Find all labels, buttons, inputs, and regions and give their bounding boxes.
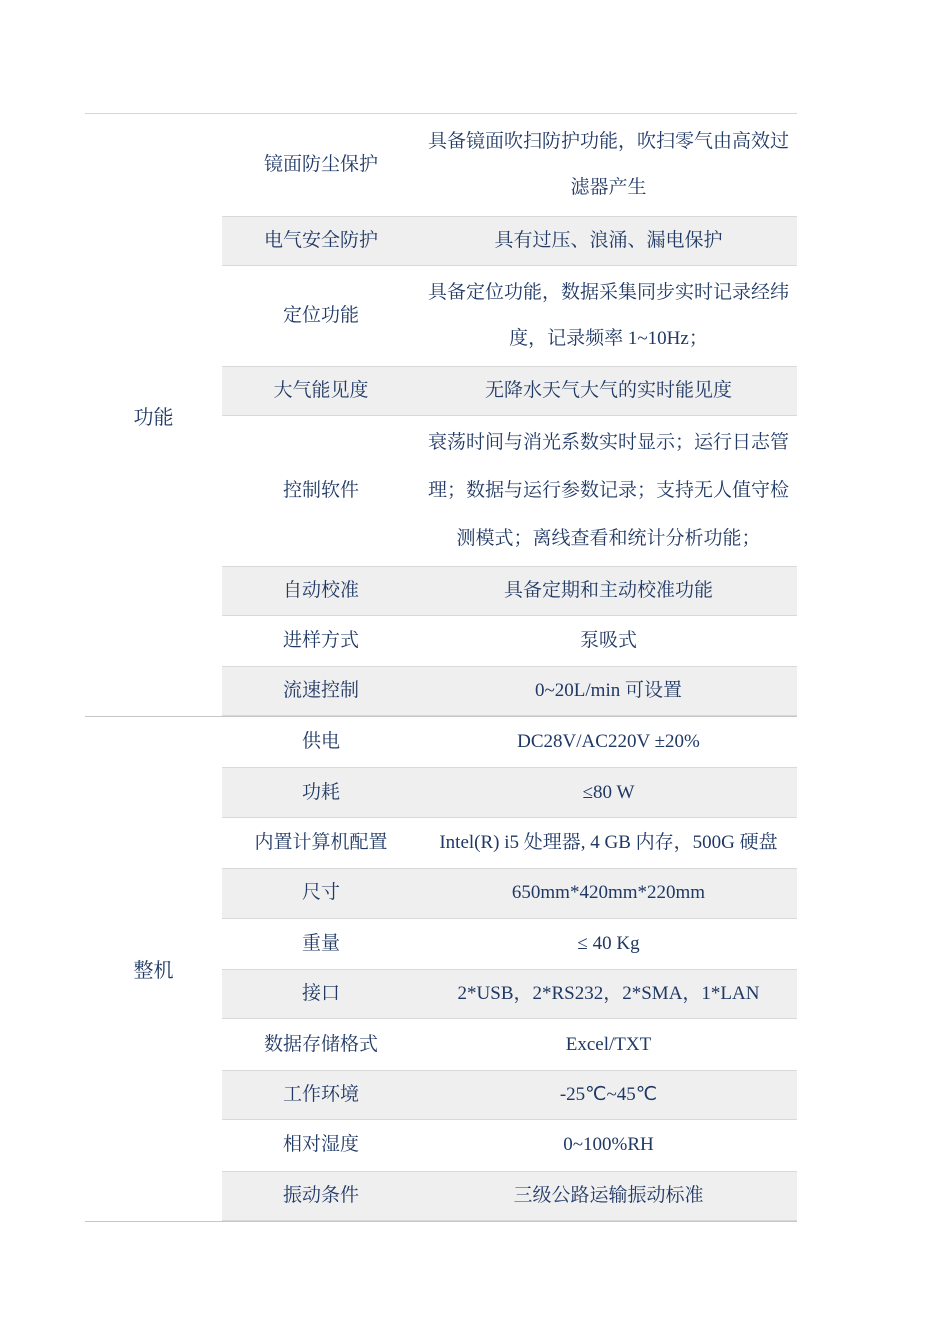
table-row: 功耗 ≤80 W — [222, 767, 797, 817]
param-value: Excel/TXT — [420, 1019, 797, 1069]
table-row: 镜面防尘保护 具备镜面吹扫防护功能，吹扫零气由高效过滤器产生 — [222, 114, 797, 216]
document-page: 功能 镜面防尘保护 具备镜面吹扫防护功能，吹扫零气由高效过滤器产生 电气安全防护… — [0, 0, 945, 1336]
param-value: 三级公路运输振动标准 — [420, 1172, 797, 1220]
param-name: 振动条件 — [222, 1172, 420, 1220]
param-value: -25℃~45℃ — [420, 1071, 797, 1119]
table-row: 相对湿度 0~100%RH — [222, 1120, 797, 1170]
param-name: 大气能见度 — [222, 367, 420, 415]
param-value: ≤ 40 Kg — [420, 919, 797, 969]
param-value: 具有过压、浪涌、漏电保护 — [420, 217, 797, 265]
table-row: 大气能见度 无降水天气大气的实时能见度 — [222, 366, 797, 416]
table-row: 流速控制 0~20L/min 可设置 — [222, 666, 797, 716]
param-value: Intel(R) i5 处理器, 4 GB 内存，500G 硬盘 — [420, 818, 797, 868]
param-value: 泵吸式 — [420, 616, 797, 666]
param-name: 进样方式 — [222, 616, 420, 666]
section-functions: 功能 镜面防尘保护 具备镜面吹扫防护功能，吹扫零气由高效过滤器产生 电气安全防护… — [85, 114, 797, 716]
param-name: 重量 — [222, 919, 420, 969]
param-name: 相对湿度 — [222, 1120, 420, 1170]
param-value: 650mm*420mm*220mm — [420, 869, 797, 917]
section-header-whole-machine: 整机 — [85, 717, 222, 1221]
param-value: ≤80 W — [420, 768, 797, 816]
param-name: 数据存储格式 — [222, 1019, 420, 1069]
table-row: 工作环境 -25℃~45℃ — [222, 1070, 797, 1120]
param-name: 自动校准 — [222, 567, 420, 615]
param-value: 0~20L/min 可设置 — [420, 667, 797, 715]
param-name: 工作环境 — [222, 1071, 420, 1119]
param-name: 控制软件 — [222, 416, 420, 566]
param-name: 电气安全防护 — [222, 217, 420, 265]
section-header-functions: 功能 — [85, 114, 222, 716]
table-row: 控制软件 衰荡时间与消光系数实时显示；运行日志管理；数据与运行参数记录；支持无人… — [222, 416, 797, 566]
table-row: 振动条件 三级公路运输振动标准 — [222, 1171, 797, 1221]
param-value: 具备定位功能，数据采集同步实时记录经纬度，记录频率 1~10Hz； — [420, 266, 797, 366]
table-row: 内置计算机配置 Intel(R) i5 处理器, 4 GB 内存，500G 硬盘 — [222, 818, 797, 868]
table-row: 定位功能 具备定位功能，数据采集同步实时记录经纬度，记录频率 1~10Hz； — [222, 266, 797, 366]
table-row: 自动校准 具备定期和主动校准功能 — [222, 566, 797, 616]
table-row: 电气安全防护 具有过压、浪涌、漏电保护 — [222, 216, 797, 266]
param-name: 尺寸 — [222, 869, 420, 917]
section-whole-machine-rows: 供电 DC28V/AC220V ±20% 功耗 ≤80 W 内置计算机配置 In… — [222, 717, 797, 1221]
section-functions-rows: 镜面防尘保护 具备镜面吹扫防护功能，吹扫零气由高效过滤器产生 电气安全防护 具有… — [222, 114, 797, 716]
param-name: 流速控制 — [222, 667, 420, 715]
param-value: 具备镜面吹扫防护功能，吹扫零气由高效过滤器产生 — [420, 114, 797, 216]
param-value: 衰荡时间与消光系数实时显示；运行日志管理；数据与运行参数记录；支持无人值守检测模… — [420, 416, 797, 566]
specification-table: 功能 镜面防尘保护 具备镜面吹扫防护功能，吹扫零气由高效过滤器产生 电气安全防护… — [85, 113, 797, 1222]
section-whole-machine: 整机 供电 DC28V/AC220V ±20% 功耗 ≤80 W 内置计算机配置… — [85, 716, 797, 1221]
param-name: 镜面防尘保护 — [222, 114, 420, 216]
param-value: 0~100%RH — [420, 1120, 797, 1170]
param-name: 功耗 — [222, 768, 420, 816]
param-value: 无降水天气大气的实时能见度 — [420, 367, 797, 415]
table-row: 供电 DC28V/AC220V ±20% — [222, 717, 797, 767]
param-name: 定位功能 — [222, 266, 420, 366]
param-name: 内置计算机配置 — [222, 818, 420, 868]
table-row: 重量 ≤ 40 Kg — [222, 919, 797, 969]
param-value: 2*USB，2*RS232，2*SMA，1*LAN — [420, 970, 797, 1018]
table-row: 尺寸 650mm*420mm*220mm — [222, 868, 797, 918]
param-value: 具备定期和主动校准功能 — [420, 567, 797, 615]
param-name: 接口 — [222, 970, 420, 1018]
param-name: 供电 — [222, 717, 420, 767]
param-value: DC28V/AC220V ±20% — [420, 717, 797, 767]
table-row: 数据存储格式 Excel/TXT — [222, 1019, 797, 1069]
table-row: 进样方式 泵吸式 — [222, 616, 797, 666]
table-row: 接口 2*USB，2*RS232，2*SMA，1*LAN — [222, 969, 797, 1019]
